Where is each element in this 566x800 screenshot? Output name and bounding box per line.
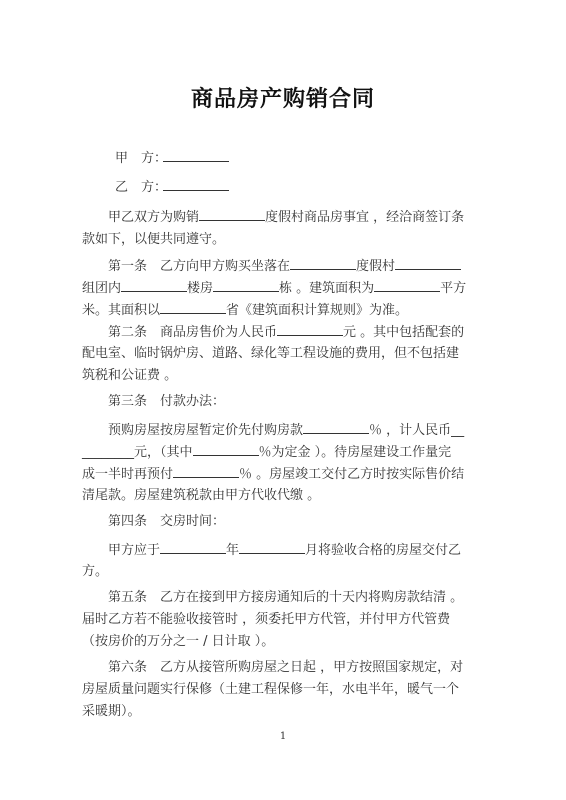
article3-line-2: ________元，（其中％为定金 ）。待房屋建设工作量完 xyxy=(82,442,502,463)
party-a-line: 甲 方： xyxy=(115,148,229,169)
text: ％为定金 ）。待房屋建设工作量完 xyxy=(259,445,452,460)
article1-line-3: 米。其面积以省《建筑面积计算规则》为准。 xyxy=(82,300,502,321)
preamble-line-2: 款如下，以便共同遵守。 xyxy=(82,230,502,250)
article3-line-3: 成一半时再预付％ 。房屋竣工交付乙方时按实际售价结 xyxy=(82,464,502,485)
article4-line-1: 甲方应于年月将验收合格的房屋交付乙 xyxy=(82,540,528,561)
blank-resort-name[interactable] xyxy=(199,207,265,221)
blank-month[interactable] xyxy=(239,540,305,554)
article2-line-3: 筑税和公证费 。 xyxy=(82,366,502,386)
text: 甲方应于 xyxy=(108,543,160,558)
blank-group[interactable] xyxy=(121,278,187,292)
blank-second-payment[interactable] xyxy=(173,464,239,478)
blank-deposit-percent[interactable] xyxy=(193,442,259,456)
blank-resort[interactable] xyxy=(395,256,461,270)
blank-location[interactable] xyxy=(290,256,356,270)
blank-area[interactable] xyxy=(374,278,440,292)
text: 度假村 xyxy=(356,259,395,274)
document-page: 商品房产购销合同 甲 方： 乙 方： 甲乙双方为购销度假村商品房事宜 ，经洽商签… xyxy=(0,0,566,800)
contract-title: 商品房产购销合同 xyxy=(0,82,566,113)
article6-line-2: 房屋质量问题实行保修（土建工程保修一年，水电半年，暖气一个 xyxy=(82,680,502,700)
text: 第一条 乙方向甲方购买坐落在 xyxy=(108,259,290,274)
text: 平方 xyxy=(440,281,466,296)
text: 米。其面积以 xyxy=(82,303,160,318)
article2-line-1: 第二条 商品房售价为人民币元 。其中包括配套的 xyxy=(82,322,528,343)
preamble-line-1: 甲乙双方为购销度假村商品房事宜 ，经洽商签订条 xyxy=(82,207,528,228)
blank-year[interactable] xyxy=(160,540,226,554)
article2-line-2: 配电室、临时锅炉房、道路、绿化等工程设施的费用，但不包括建 xyxy=(82,344,502,364)
blank-province[interactable] xyxy=(160,300,226,314)
article1-line-1: 第一条 乙方向甲方购买坐落在度假村 xyxy=(82,256,528,277)
article5-line-3: （按房价的万分之一 / 日计取 ）。 xyxy=(82,632,502,652)
text: 组团内 xyxy=(82,281,121,296)
article6-line-1: 第六条 乙方从接管所购房屋之日起 ，甲方按照国家规定，对 xyxy=(82,658,528,678)
article6-line-3: 采暖期）。 xyxy=(82,702,502,722)
text: 第二条 商品房售价为人民币 xyxy=(108,325,277,340)
article3-heading: 第三条 付款办法： xyxy=(82,392,528,412)
blank-building[interactable] xyxy=(213,278,279,292)
text: ％ ，计人民币__ xyxy=(369,423,464,438)
party-b-label: 乙 方： xyxy=(115,178,163,198)
text: 度假村商品房事宜 ，经洽商签订条 xyxy=(265,210,464,225)
text: 甲乙双方为购销 xyxy=(108,210,199,225)
party-a-label: 甲 方： xyxy=(115,149,163,169)
text: 预购房屋按房屋暂定价先付购房款 xyxy=(108,423,303,438)
article4-heading: 第四条 交房时间： xyxy=(82,512,528,532)
article3-line-1: 预购房屋按房屋暂定价先付购房款％ ，计人民币__ xyxy=(82,420,528,441)
text: ％ 。房屋竣工交付乙方时按实际售价结 xyxy=(239,467,464,482)
text: 成一半时再预付 xyxy=(82,467,173,482)
article5-line-2: 届时乙方若不能验收接管时 ，须委托甲方代管，并付甲方代管费 xyxy=(82,610,502,630)
text: 楼房 xyxy=(187,281,213,296)
article5-line-1: 第五条 乙方在接到甲方接房通知后的十天内将购房款结清 。 xyxy=(82,588,528,608)
text: 栋 。建筑面积为 xyxy=(279,281,374,296)
page-number: 1 xyxy=(0,731,566,742)
party-b-blank[interactable] xyxy=(163,177,229,191)
party-a-blank[interactable] xyxy=(163,148,229,162)
text: 月将验收合格的房屋交付乙 xyxy=(305,543,461,558)
blank-prepay-percent[interactable] xyxy=(303,420,369,434)
text: 省《建筑面积计算规则》为准。 xyxy=(226,303,408,318)
text: 年 xyxy=(226,543,239,558)
article1-line-2: 组团内楼房栋 。建筑面积为平方 xyxy=(82,278,502,299)
text: ________元，（其中 xyxy=(82,445,193,460)
text: 元 。其中包括配套的 xyxy=(343,325,464,340)
party-b-line: 乙 方： xyxy=(115,177,229,198)
blank-price[interactable] xyxy=(277,322,343,336)
article4-line-2: 方。 xyxy=(82,562,502,582)
article3-line-4: 清尾款。房屋建筑税款由甲方代收代缴 。 xyxy=(82,486,502,506)
